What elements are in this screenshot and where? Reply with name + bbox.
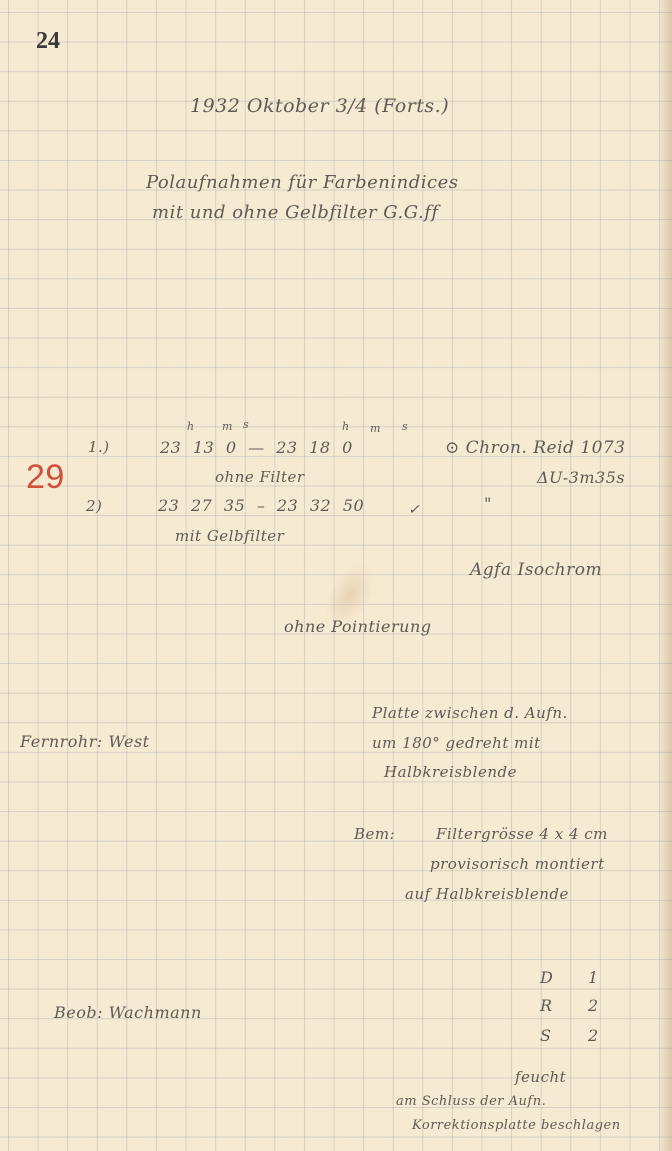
unit-m-2: m	[370, 422, 381, 435]
rating-d-value: 1	[588, 968, 599, 987]
page-edge-shadow	[658, 0, 672, 1151]
plate-note-1: Platte zwischen d. Aufn.	[372, 704, 568, 722]
telescope: Fernrohr: West	[20, 732, 150, 751]
margin-mark: 29	[26, 458, 65, 497]
plate-note-2: um 180° gedreht mit	[372, 734, 541, 752]
title-line-1: Polaufnahmen für Farbenindices	[146, 172, 458, 193]
page-number: 24	[36, 28, 60, 55]
plate-type: Agfa Isochrom	[470, 560, 602, 580]
remark-line-2: provisorisch montiert	[430, 855, 605, 873]
checkmark: ✓	[408, 502, 420, 518]
chron-line-2: ΔU-3m35s	[537, 468, 625, 487]
date-line: 1932 Oktober 3/4 (Forts.)	[190, 95, 449, 117]
chron-line-1: ⊙ Chron. Reid 1073	[445, 438, 626, 458]
remark-line-1: Filtergrösse 4 x 4 cm	[436, 825, 608, 843]
remark-label: Bem:	[354, 825, 395, 843]
rating-s-value: 2	[588, 1026, 599, 1045]
rating-r-value: 2	[588, 996, 599, 1015]
exposure-1-time: 23 13 0 — 23 18 0	[160, 438, 353, 457]
footer-word: feucht	[515, 1068, 566, 1086]
unit-s-2: s	[402, 420, 408, 433]
unit-s-1: s	[243, 418, 249, 431]
ditto-mark: "	[484, 494, 492, 513]
footer-line-2: Korrektionsplatte beschlagen	[412, 1118, 621, 1133]
rating-s-key: S	[540, 1026, 551, 1045]
rating-d-key: D	[540, 968, 553, 987]
title-line-2: mit und ohne Gelbfilter G.G.ff	[152, 202, 439, 223]
remark-line-3: auf Halbkreisblende	[405, 885, 569, 903]
exposure-2-note: mit Gelbfilter	[175, 527, 284, 545]
exposure-2-time: 23 27 35 – 23 32 50	[158, 496, 364, 515]
exposure-1-note: ohne Filter	[215, 468, 305, 486]
footer-line-1: am Schluss der Aufn.	[396, 1094, 546, 1109]
pointing-note: ohne Pointierung	[284, 617, 431, 636]
unit-h-2: h	[342, 420, 350, 433]
rating-r-key: R	[540, 996, 553, 1015]
exposure-1-index: 1.)	[88, 438, 110, 456]
unit-m-1: m	[222, 420, 233, 433]
plate-note-3: Halbkreisblende	[384, 763, 517, 781]
exposure-2-index: 2)	[86, 497, 102, 515]
observer: Beob: Wachmann	[54, 1003, 202, 1022]
unit-h-1: h	[187, 420, 195, 433]
